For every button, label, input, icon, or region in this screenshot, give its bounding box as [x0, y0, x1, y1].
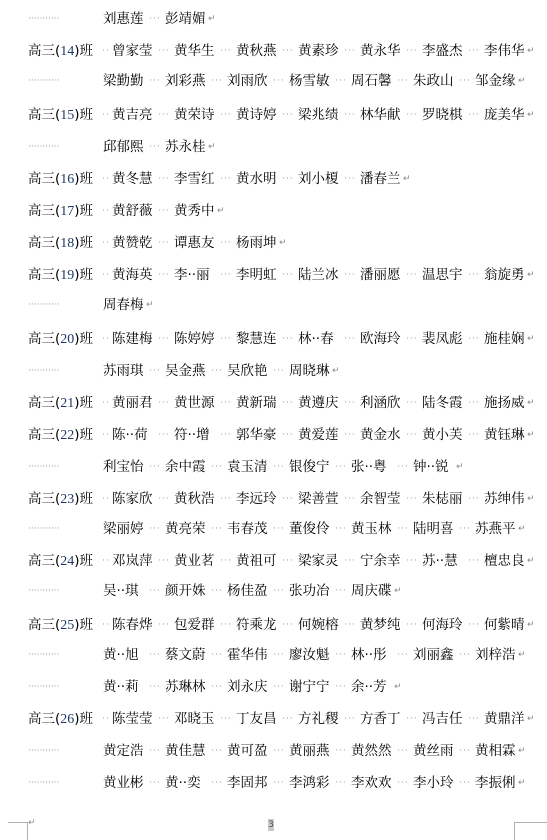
- roster-row: ···········梁勤勤···刘彩燕···刘雨欣···杨雪敏···周石馨··…: [28, 70, 526, 92]
- separator-dots: ···: [278, 328, 298, 350]
- separator-dots: ···: [154, 328, 174, 350]
- class-number: 23: [60, 492, 74, 507]
- student-name: 黄然然: [351, 740, 393, 762]
- student-name: 苏永桂: [165, 136, 207, 158]
- roster-row: ···········黄··旭···蔡文蔚···霍华伟···廖汝魁···林··彤…: [28, 644, 526, 666]
- roster-row: 高三(22)班··陈··荷···符··增···郭华豪···黄爱莲···黄金水··…: [28, 424, 535, 446]
- student-name: 曾家莹: [112, 40, 154, 62]
- class-label-suffix: )班: [74, 331, 93, 347]
- class-number: 16: [60, 172, 74, 187]
- student-name: 陈建梅: [112, 328, 154, 350]
- separator-dots: ···: [464, 708, 484, 730]
- separator-dots: ···: [145, 456, 165, 478]
- student-name: 潘丽愿: [360, 264, 402, 286]
- class-number: 19: [60, 268, 74, 283]
- separator-dots: ···: [340, 614, 360, 636]
- student-name: 余··芳: [351, 676, 393, 698]
- separator-dots: ···: [393, 518, 413, 540]
- class-label-suffix: )班: [74, 395, 93, 411]
- student-name: 周晓琳: [289, 360, 331, 382]
- class-number: 15: [60, 108, 74, 123]
- student-name: 梁善萱: [298, 488, 340, 510]
- leader-dots: ··: [100, 40, 112, 62]
- separator-dots: ···: [145, 580, 165, 602]
- paragraph-mark-icon: ↵: [403, 168, 411, 190]
- separator-dots: ···: [340, 264, 360, 286]
- student-name: 潘春兰: [360, 168, 402, 190]
- separator-dots: ···: [269, 518, 289, 540]
- student-name: 黄业彬: [103, 772, 145, 794]
- student-name: 林··春: [298, 328, 340, 350]
- separator-dots: ···: [207, 644, 227, 666]
- student-name: 利涵欣: [360, 392, 402, 414]
- student-name: 杨雨坤: [236, 232, 278, 254]
- roster-row: 高三(16)班··黄冬慧···李雪红···黄水明···刘小榎···潘春兰↵: [28, 168, 411, 190]
- class-label-suffix: )班: [74, 427, 93, 443]
- student-name: 翁旋勇: [484, 264, 526, 286]
- indent-dots: ···········: [28, 580, 103, 602]
- student-name: 何婉榕: [298, 614, 340, 636]
- class-label: 高三(16)班: [28, 168, 100, 191]
- paragraph-mark-icon: ↵: [394, 580, 402, 602]
- class-label: 高三(18)班: [28, 232, 100, 255]
- roster-row: 高三(25)班··陈春烨···包爱群···符乘龙···何婉榕···黄梦纯···何…: [28, 614, 535, 636]
- separator-dots: ···: [216, 232, 236, 254]
- separator-dots: ···: [269, 70, 289, 92]
- student-name: 苏雨琪: [103, 360, 145, 382]
- separator-dots: ···: [331, 580, 351, 602]
- class-label: 高三(19)班: [28, 264, 100, 287]
- class-label-prefix: 高三(: [28, 331, 60, 347]
- class-label-suffix: )班: [74, 203, 93, 219]
- separator-dots: ···: [216, 328, 236, 350]
- student-name: 霍华伟: [227, 644, 269, 666]
- student-name: 李远玲: [236, 488, 278, 510]
- student-name: 朱政山: [413, 70, 455, 92]
- paragraph-mark-icon: ↵: [518, 772, 526, 794]
- class-number: 14: [60, 44, 74, 59]
- separator-dots: ···: [216, 168, 236, 190]
- separator-dots: ···: [207, 70, 227, 92]
- student-name: 彭靖媚: [165, 8, 207, 30]
- indent-dots: ···········: [28, 644, 103, 666]
- paragraph-mark-icon: ↵: [394, 676, 402, 698]
- student-name: 黄秋浩: [174, 488, 216, 510]
- roster-row: ···········刘惠莲···彭靖媚↵: [28, 8, 216, 30]
- student-name: 黄秀中: [174, 200, 216, 222]
- class-number: 26: [60, 712, 74, 727]
- student-name: 苏琳林: [165, 676, 207, 698]
- class-label: 高三(25)班: [28, 614, 100, 637]
- student-name: 刘梓浩: [475, 644, 517, 666]
- separator-dots: ···: [154, 550, 174, 572]
- student-name: 梁兆绩: [298, 104, 340, 126]
- student-name: 黄··旭: [103, 644, 145, 666]
- separator-dots: ···: [207, 580, 227, 602]
- class-label-prefix: 高三(: [28, 395, 60, 411]
- separator-dots: ···: [216, 488, 236, 510]
- paragraph-mark-icon: ↵: [279, 232, 287, 254]
- student-name: 宁余幸: [360, 550, 402, 572]
- class-number: 25: [60, 618, 74, 633]
- page-corner-mark-right: [514, 822, 547, 823]
- paragraph-mark-icon: ↵: [518, 740, 526, 762]
- student-name: 黄小芙: [422, 424, 464, 446]
- separator-dots: ···: [340, 488, 360, 510]
- separator-dots: ···: [216, 614, 236, 636]
- student-name: 刘永庆: [227, 676, 269, 698]
- student-name: 黄鼎洋: [484, 708, 526, 730]
- student-name: 黄佳慧: [165, 740, 207, 762]
- separator-dots: ···: [455, 772, 475, 794]
- class-label: 高三(14)班: [28, 40, 100, 63]
- indent-dots: ···········: [28, 8, 103, 30]
- separator-dots: ···: [464, 488, 484, 510]
- leader-dots: ··: [100, 708, 112, 730]
- separator-dots: ···: [455, 740, 475, 762]
- roster-row: ···········邱郁熙···苏永桂↵: [28, 136, 216, 158]
- class-label-prefix: 高三(: [28, 203, 60, 219]
- student-name: 陈莹莹: [112, 708, 154, 730]
- paragraph-mark-icon: ↵: [527, 392, 535, 414]
- paragraph-mark-icon: ↵: [527, 708, 535, 730]
- roster-row: ···········利宝怡···余中霞···袁玉清···银俊宁···张··粤·…: [28, 456, 464, 478]
- student-name: 黄冬慧: [112, 168, 154, 190]
- indent-dots: ···········: [28, 740, 103, 762]
- separator-dots: ···: [331, 676, 351, 698]
- separator-dots: ···: [393, 740, 413, 762]
- separator-dots: ···: [216, 104, 236, 126]
- separator-dots: ···: [154, 424, 174, 446]
- class-label-suffix: )班: [74, 267, 93, 283]
- indent-dots: ···········: [28, 294, 103, 316]
- separator-dots: ···: [207, 360, 227, 382]
- class-label: 高三(17)班: [28, 200, 100, 223]
- student-name: 黄··奕: [165, 772, 207, 794]
- separator-dots: ···: [145, 740, 165, 762]
- class-number: 21: [60, 396, 74, 411]
- class-label: 高三(24)班: [28, 550, 100, 573]
- roster-row: ···········周春梅↵: [28, 294, 154, 316]
- separator-dots: ···: [464, 328, 484, 350]
- student-name: 董俊伶: [289, 518, 331, 540]
- student-name: 吴··琪: [103, 580, 145, 602]
- roster-row: ···········苏雨琪···吴金燕···吴欣艳···周晓琳↵: [28, 360, 340, 382]
- student-name: 谭惠友: [174, 232, 216, 254]
- student-name: 周庆碟: [351, 580, 393, 602]
- class-label-suffix: )班: [74, 711, 93, 727]
- separator-dots: ···: [331, 456, 351, 478]
- paragraph-mark-icon: ↵: [208, 136, 216, 158]
- separator-dots: ···: [154, 708, 174, 730]
- separator-dots: ···: [269, 360, 289, 382]
- student-name: 丁友昌: [236, 708, 278, 730]
- separator-dots: ···: [331, 772, 351, 794]
- student-name: 黎慧连: [236, 328, 278, 350]
- student-name: 林··彤: [351, 644, 393, 666]
- separator-dots: ···: [340, 40, 360, 62]
- student-name: 黄遵庆: [298, 392, 340, 414]
- separator-dots: ···: [340, 168, 360, 190]
- separator-dots: ···: [402, 264, 422, 286]
- paragraph-mark-icon: ↵: [527, 614, 535, 636]
- separator-dots: ···: [278, 168, 298, 190]
- student-name: 李欢欢: [351, 772, 393, 794]
- separator-dots: ···: [340, 104, 360, 126]
- student-name: 李盛杰: [422, 40, 464, 62]
- class-label-suffix: )班: [74, 107, 93, 123]
- paragraph-mark-icon: ↵: [527, 550, 535, 572]
- student-name: 黄诗婷: [236, 104, 278, 126]
- student-name: 陆明喜: [413, 518, 455, 540]
- page-number-field[interactable]: 3: [268, 819, 274, 831]
- student-name: 李固邦: [227, 772, 269, 794]
- student-name: 张功冶: [289, 580, 331, 602]
- student-name: 廖汝魁: [289, 644, 331, 666]
- student-name: 何海玲: [422, 614, 464, 636]
- student-name: 朱梽丽: [422, 488, 464, 510]
- student-name: 冯吉任: [422, 708, 464, 730]
- student-name: 钟··锐: [413, 456, 455, 478]
- student-name: 韦春茂: [227, 518, 269, 540]
- separator-dots: ···: [278, 392, 298, 414]
- paragraph-mark-icon: ↵: [146, 294, 154, 316]
- student-name: 林华献: [360, 104, 402, 126]
- student-name: 陈··荷: [112, 424, 154, 446]
- class-label-prefix: 高三(: [28, 491, 60, 507]
- leader-dots: ··: [100, 232, 112, 254]
- student-name: 黄吉亮: [112, 104, 154, 126]
- student-name: 陆兰冰: [298, 264, 340, 286]
- class-label-prefix: 高三(: [28, 711, 60, 727]
- class-label-prefix: 高三(: [28, 427, 60, 443]
- student-name: 施桂娴: [484, 328, 526, 350]
- student-name: 黄··莉: [103, 676, 145, 698]
- student-name: 李··丽: [174, 264, 216, 286]
- separator-dots: ···: [278, 488, 298, 510]
- separator-dots: ···: [455, 518, 475, 540]
- paragraph-mark-icon: ↵: [456, 456, 464, 478]
- roster-row: 高三(26)班··陈莹莹···邓晓玉···丁友昌···方礼稷···方香丁···冯…: [28, 708, 535, 730]
- class-label-suffix: )班: [74, 553, 93, 569]
- roster-row: 高三(14)班··曾家莹···黄华生···黄秋燕···黄素珍···黄永华···李…: [28, 40, 535, 62]
- student-name: 庞美华: [484, 104, 526, 126]
- roster-row: ···········梁丽婷···黄亮荣···韦春茂···董俊伶···黄玉林··…: [28, 518, 526, 540]
- separator-dots: ···: [455, 644, 475, 666]
- separator-dots: ···: [145, 136, 165, 158]
- paragraph-mark-icon: ↵: [217, 200, 225, 222]
- student-name: 余中霞: [165, 456, 207, 478]
- leader-dots: ··: [100, 424, 112, 446]
- student-name: 张··粤: [351, 456, 393, 478]
- separator-dots: ···: [207, 676, 227, 698]
- roster-row: ···········黄定浩···黄佳慧···黄可盈···黄丽燕···黄然然··…: [28, 740, 526, 762]
- leader-dots: ··: [100, 392, 112, 414]
- student-name: 李振俐: [475, 772, 517, 794]
- student-name: 周石馨: [351, 70, 393, 92]
- student-name: 黄秋燕: [236, 40, 278, 62]
- page-corner-mark-left: [8, 822, 27, 823]
- separator-dots: ···: [393, 456, 413, 478]
- indent-dots: ···········: [28, 772, 103, 794]
- separator-dots: ···: [402, 328, 422, 350]
- student-name: 苏··慧: [422, 550, 464, 572]
- student-name: 黄梦纯: [360, 614, 402, 636]
- separator-dots: ···: [269, 772, 289, 794]
- separator-dots: ···: [464, 104, 484, 126]
- student-name: 梁家灵: [298, 550, 340, 572]
- student-name: 李明虹: [236, 264, 278, 286]
- separator-dots: ···: [402, 614, 422, 636]
- student-name: 邹金缘: [475, 70, 517, 92]
- separator-dots: ···: [145, 676, 165, 698]
- student-name: 李鸿彩: [289, 772, 331, 794]
- student-name: 黄永华: [360, 40, 402, 62]
- separator-dots: ···: [145, 644, 165, 666]
- roster-row: 高三(15)班··黄吉亮···黄荣诗···黄诗婷···梁兆绩···林华献···罗…: [28, 104, 535, 126]
- separator-dots: ···: [393, 644, 413, 666]
- separator-dots: ···: [269, 740, 289, 762]
- student-name: 刘惠莲: [103, 8, 145, 30]
- separator-dots: ···: [216, 550, 236, 572]
- roster-row: 高三(18)班··黄赞乾···谭惠友···杨雨坤↵: [28, 232, 287, 254]
- class-label-prefix: 高三(: [28, 43, 60, 59]
- student-name: 黄亮荣: [165, 518, 207, 540]
- separator-dots: ···: [269, 456, 289, 478]
- indent-dots: ···········: [28, 676, 103, 698]
- class-label-prefix: 高三(: [28, 107, 60, 123]
- student-name: 何紫晴: [484, 614, 526, 636]
- separator-dots: ···: [154, 40, 174, 62]
- leader-dots: ··: [100, 328, 112, 350]
- student-name: 檀忠良: [484, 550, 526, 572]
- student-name: 邱郁熙: [103, 136, 145, 158]
- student-name: 方香丁: [360, 708, 402, 730]
- paragraph-mark-icon: ↵: [518, 518, 526, 540]
- student-name: 杨佳盈: [227, 580, 269, 602]
- student-name: 陈婷婷: [174, 328, 216, 350]
- roster-row: ···········黄业彬···黄··奕···李固邦···李鸿彩···李欢欢·…: [28, 772, 526, 794]
- student-name: 梁勤勤: [103, 70, 145, 92]
- separator-dots: ···: [207, 518, 227, 540]
- student-name: 黄丽燕: [289, 740, 331, 762]
- student-name: 利宝怡: [103, 456, 145, 478]
- class-label-suffix: )班: [74, 43, 93, 59]
- separator-dots: ···: [455, 70, 475, 92]
- student-name: 黄水明: [236, 168, 278, 190]
- separator-dots: ···: [269, 580, 289, 602]
- student-name: 欧海玲: [360, 328, 402, 350]
- class-label-prefix: 高三(: [28, 553, 60, 569]
- student-name: 刘雨欣: [227, 70, 269, 92]
- student-name: 裴凤彪: [422, 328, 464, 350]
- roster-row: 高三(19)班··黄海英···李··丽···李明虹···陆兰冰···潘丽愿···…: [28, 264, 535, 286]
- class-label: 高三(15)班: [28, 104, 100, 127]
- paragraph-mark-icon: ↵: [527, 104, 535, 126]
- student-name: 余智莹: [360, 488, 402, 510]
- separator-dots: ···: [278, 104, 298, 126]
- class-label-prefix: 高三(: [28, 171, 60, 187]
- student-name: 黄海英: [112, 264, 154, 286]
- student-name: 刘丽鑫: [413, 644, 455, 666]
- class-label-suffix: )班: [74, 171, 93, 187]
- class-label-suffix: )班: [74, 491, 93, 507]
- student-name: 黄荣诗: [174, 104, 216, 126]
- separator-dots: ···: [207, 740, 227, 762]
- roster-row: 高三(17)班··黄舒薇···黄秀中↵: [28, 200, 225, 222]
- separator-dots: ···: [340, 328, 360, 350]
- separator-dots: ···: [402, 392, 422, 414]
- leader-dots: ··: [100, 488, 112, 510]
- student-name: 李雪红: [174, 168, 216, 190]
- paragraph-mark-icon: ↵: [208, 8, 216, 30]
- student-name: 李伟华: [484, 40, 526, 62]
- roster-row: ···········黄··莉···苏琳林···刘永庆···谢宁宁···余··芳…: [28, 676, 402, 698]
- separator-dots: ···: [402, 488, 422, 510]
- separator-dots: ···: [154, 488, 174, 510]
- student-name: 杨雪敏: [289, 70, 331, 92]
- class-label-suffix: )班: [74, 617, 93, 633]
- separator-dots: ···: [154, 200, 174, 222]
- class-number: 22: [60, 428, 74, 443]
- student-name: 罗晓棋: [422, 104, 464, 126]
- student-name: 黄玉林: [351, 518, 393, 540]
- indent-dots: ···········: [28, 518, 103, 540]
- student-name: 黄相霖: [475, 740, 517, 762]
- class-label-prefix: 高三(: [28, 267, 60, 283]
- separator-dots: ···: [278, 708, 298, 730]
- student-name: 黄定浩: [103, 740, 145, 762]
- paragraph-mark-icon: ↵: [527, 264, 535, 286]
- student-name: 周春梅: [103, 294, 145, 316]
- separator-dots: ···: [278, 264, 298, 286]
- separator-dots: ···: [278, 614, 298, 636]
- separator-dots: ···: [154, 232, 174, 254]
- separator-dots: ···: [145, 70, 165, 92]
- class-number: 17: [60, 204, 74, 219]
- student-name: 袁玉清: [227, 456, 269, 478]
- leader-dots: ··: [100, 200, 112, 222]
- student-name: 陈家欣: [112, 488, 154, 510]
- separator-dots: ···: [278, 424, 298, 446]
- student-name: 陈春烨: [112, 614, 154, 636]
- student-name: 黄华生: [174, 40, 216, 62]
- student-name: 苏绅伟: [484, 488, 526, 510]
- roster-row: 高三(24)班··邓岚萍···黄业茗···黄祖可···梁家灵···宁余幸···苏…: [28, 550, 535, 572]
- separator-dots: ···: [216, 40, 236, 62]
- student-name: 施扬威: [484, 392, 526, 414]
- student-name: 颜开姝: [165, 580, 207, 602]
- separator-dots: ···: [331, 70, 351, 92]
- separator-dots: ···: [340, 550, 360, 572]
- separator-dots: ···: [216, 708, 236, 730]
- student-name: 黄赞乾: [112, 232, 154, 254]
- class-label-prefix: 高三(: [28, 235, 60, 251]
- student-name: 吴欣艳: [227, 360, 269, 382]
- student-name: 黄业茗: [174, 550, 216, 572]
- separator-dots: ···: [145, 772, 165, 794]
- separator-dots: ···: [464, 264, 484, 286]
- roster-row: 高三(20)班··陈建梅···陈婷婷···黎慧连···林··春···欧海玲···…: [28, 328, 535, 350]
- separator-dots: ···: [207, 772, 227, 794]
- separator-dots: ···: [269, 644, 289, 666]
- paragraph-mark-icon: ↵: [518, 644, 526, 666]
- separator-dots: ···: [402, 708, 422, 730]
- separator-dots: ···: [216, 264, 236, 286]
- separator-dots: ···: [402, 424, 422, 446]
- class-label: 高三(21)班: [28, 392, 100, 415]
- student-name: 黄素珍: [298, 40, 340, 62]
